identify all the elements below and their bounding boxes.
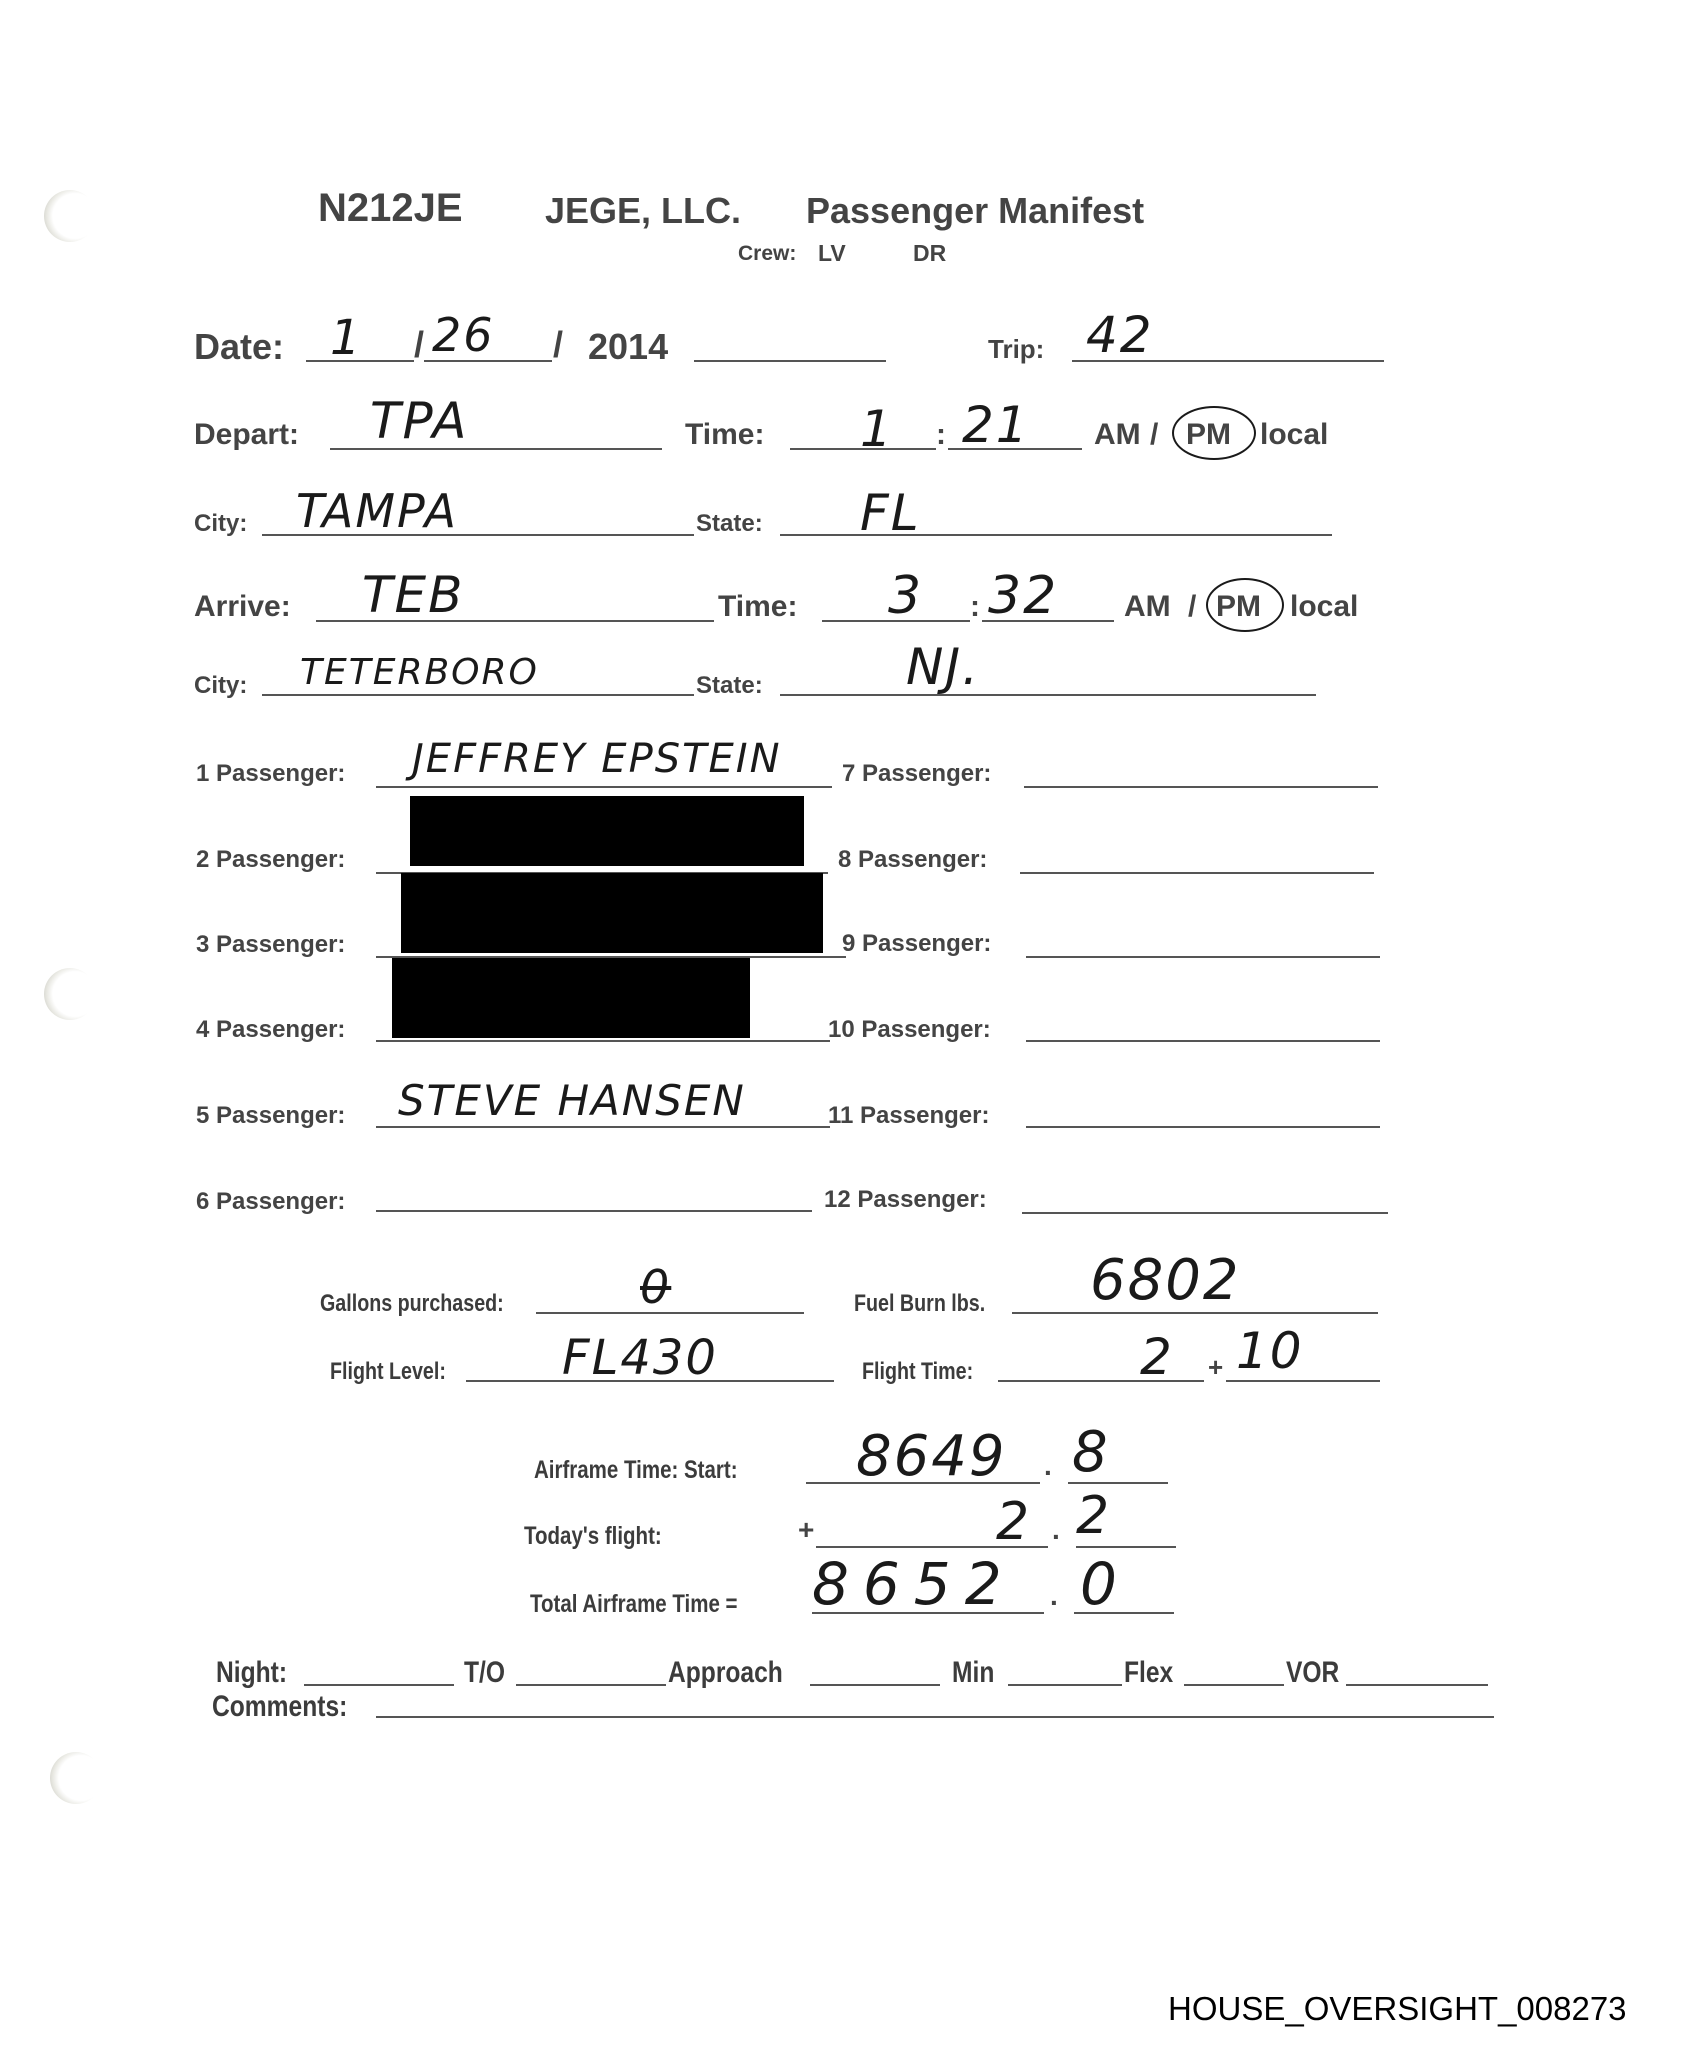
- approach-label: Approach: [668, 1656, 783, 1690]
- depart-minute[interactable]: 21: [962, 396, 1030, 454]
- today-flight-tenth[interactable]: 2: [1076, 1486, 1111, 1546]
- arrive-city[interactable]: TETERBORO: [300, 652, 539, 693]
- page-title: Passenger Manifest: [806, 190, 1144, 232]
- flight-level-label: Flight Level:: [330, 1358, 446, 1386]
- depart-ampm-slash: /: [1150, 418, 1158, 452]
- passenger-field[interactable]: [1020, 838, 1374, 874]
- passenger-label: 5 Passenger:: [196, 1102, 345, 1130]
- flight-time-separator: +: [1208, 1352, 1223, 1383]
- passenger-label: 2 Passenger:: [196, 846, 345, 874]
- flight-time-hours[interactable]: 2: [1140, 1328, 1174, 1386]
- bates-number: HOUSE_OVERSIGHT_008273: [1168, 1990, 1627, 2028]
- night-label: Night:: [216, 1656, 287, 1690]
- passenger-name[interactable]: JEFFREY EPSTEIN: [412, 736, 782, 782]
- passenger-field[interactable]: [1022, 1178, 1388, 1214]
- depart-airport[interactable]: TPA: [370, 392, 468, 450]
- total-airframe-tenth[interactable]: 0: [1080, 1550, 1119, 1618]
- passenger-field[interactable]: [1024, 752, 1378, 788]
- today-flight-whole[interactable]: 2: [996, 1492, 1031, 1552]
- passenger-field[interactable]: [1026, 1006, 1380, 1042]
- depart-time-colon: :: [936, 418, 946, 452]
- airframe-start-whole[interactable]: 8649: [856, 1424, 1007, 1489]
- arrive-state[interactable]: NJ.: [906, 638, 980, 696]
- fuel-burn-label: Fuel Burn lbs.: [854, 1290, 985, 1318]
- flex-field[interactable]: [1184, 1650, 1284, 1686]
- redaction-block: [392, 958, 750, 1038]
- total-airframe-label: Total Airframe Time =: [530, 1590, 738, 1619]
- depart-state-label: State:: [696, 510, 763, 538]
- date-slash-2: /: [553, 324, 563, 366]
- crew-member-1: LV: [818, 240, 846, 267]
- total-airframe-dot: .: [1050, 1580, 1058, 1612]
- passenger-field[interactable]: [1026, 922, 1380, 958]
- comments-field[interactable]: [376, 1686, 1494, 1718]
- total-airframe-whole[interactable]: 8652: [812, 1550, 1016, 1618]
- date-year: 2014: [588, 326, 668, 368]
- fuel-burn-value[interactable]: 6802: [1090, 1248, 1241, 1313]
- airframe-start-dot: .: [1044, 1450, 1052, 1482]
- passenger-label: 10 Passenger:: [828, 1016, 991, 1044]
- arrive-hour[interactable]: 3: [888, 566, 923, 626]
- redaction-block: [410, 796, 804, 866]
- flex-label: Flex: [1124, 1656, 1173, 1690]
- arrive-time-label: Time:: [718, 590, 797, 624]
- crew-member-2: DR: [913, 240, 946, 267]
- date-slash-1: /: [414, 324, 424, 366]
- night-field[interactable]: [304, 1650, 454, 1686]
- arrive-airport[interactable]: TEB: [362, 566, 464, 624]
- arrive-am[interactable]: AM: [1124, 590, 1171, 624]
- depart-hour[interactable]: 1: [860, 400, 894, 458]
- arrive-pm-selected-circle: [1206, 578, 1284, 632]
- gallons-label: Gallons purchased:: [320, 1290, 504, 1318]
- passenger-label: 8 Passenger:: [838, 846, 987, 874]
- passenger-label: 6 Passenger:: [196, 1188, 345, 1216]
- arrive-state-label: State:: [696, 672, 763, 700]
- depart-label: Depart:: [194, 418, 299, 452]
- flight-time-label: Flight Time:: [862, 1358, 973, 1386]
- to-field[interactable]: [516, 1650, 666, 1686]
- passenger-field[interactable]: [376, 1176, 812, 1212]
- depart-am[interactable]: AM: [1094, 418, 1141, 452]
- today-flight-dot: .: [1052, 1514, 1060, 1546]
- passenger-label: 11 Passenger:: [828, 1102, 989, 1130]
- airframe-start-tenth[interactable]: 8: [1072, 1420, 1110, 1485]
- date-label: Date:: [194, 326, 284, 368]
- depart-local: local: [1260, 418, 1328, 452]
- comments-label: Comments:: [212, 1690, 347, 1724]
- passenger-label: 12 Passenger:: [824, 1186, 987, 1214]
- depart-city-label: City:: [194, 510, 247, 538]
- passenger-name[interactable]: STEVE HANSEN: [398, 1076, 746, 1125]
- to-label: T/O: [464, 1656, 505, 1690]
- today-flight-label: Today's flight:: [524, 1522, 662, 1551]
- airframe-start-label: Airframe Time: Start:: [534, 1456, 738, 1485]
- flight-time-minutes[interactable]: 10: [1236, 1322, 1304, 1380]
- binder-hole-top: [44, 190, 96, 242]
- passenger-label: 1 Passenger:: [196, 760, 345, 788]
- crew-label: Crew:: [738, 242, 796, 266]
- passenger-label: 3 Passenger:: [196, 931, 345, 959]
- binder-hole-bottom: [50, 1752, 102, 1804]
- arrive-minute[interactable]: 32: [988, 566, 1058, 626]
- depart-state[interactable]: FL: [860, 484, 921, 542]
- passenger-label: 9 Passenger:: [842, 930, 991, 958]
- passenger-field[interactable]: [1026, 1092, 1380, 1128]
- tail-number: N212JE: [318, 186, 463, 231]
- depart-time-label: Time:: [685, 418, 764, 452]
- date-day[interactable]: 26: [432, 308, 495, 362]
- depart-pm-selected-circle: [1172, 406, 1256, 460]
- arrive-ampm-slash: /: [1188, 590, 1196, 624]
- trip-number[interactable]: 42: [1086, 306, 1154, 364]
- today-flight-plus: +: [798, 1514, 814, 1546]
- company-name: JEGE, LLC.: [545, 190, 741, 232]
- min-field[interactable]: [1008, 1650, 1122, 1686]
- gallons-value[interactable]: 0: [640, 1260, 671, 1314]
- depart-city[interactable]: TAMPA: [296, 484, 458, 538]
- vor-label: VOR: [1286, 1656, 1339, 1690]
- arrive-label: Arrive:: [194, 590, 291, 624]
- arrive-city-label: City:: [194, 672, 247, 700]
- passenger-label: 4 Passenger:: [196, 1016, 345, 1044]
- date-month[interactable]: 1: [330, 310, 363, 366]
- passenger-label: 7 Passenger:: [842, 760, 991, 788]
- flight-level-value[interactable]: FL430: [562, 1330, 718, 1386]
- trip-label: Trip:: [988, 334, 1044, 365]
- arrive-local: local: [1290, 590, 1358, 624]
- redaction-block: [401, 873, 823, 953]
- arrive-time-colon: :: [970, 590, 980, 624]
- binder-hole-middle: [44, 968, 96, 1020]
- min-label: Min: [952, 1656, 994, 1690]
- approach-field[interactable]: [810, 1650, 940, 1686]
- vor-field[interactable]: [1346, 1650, 1488, 1686]
